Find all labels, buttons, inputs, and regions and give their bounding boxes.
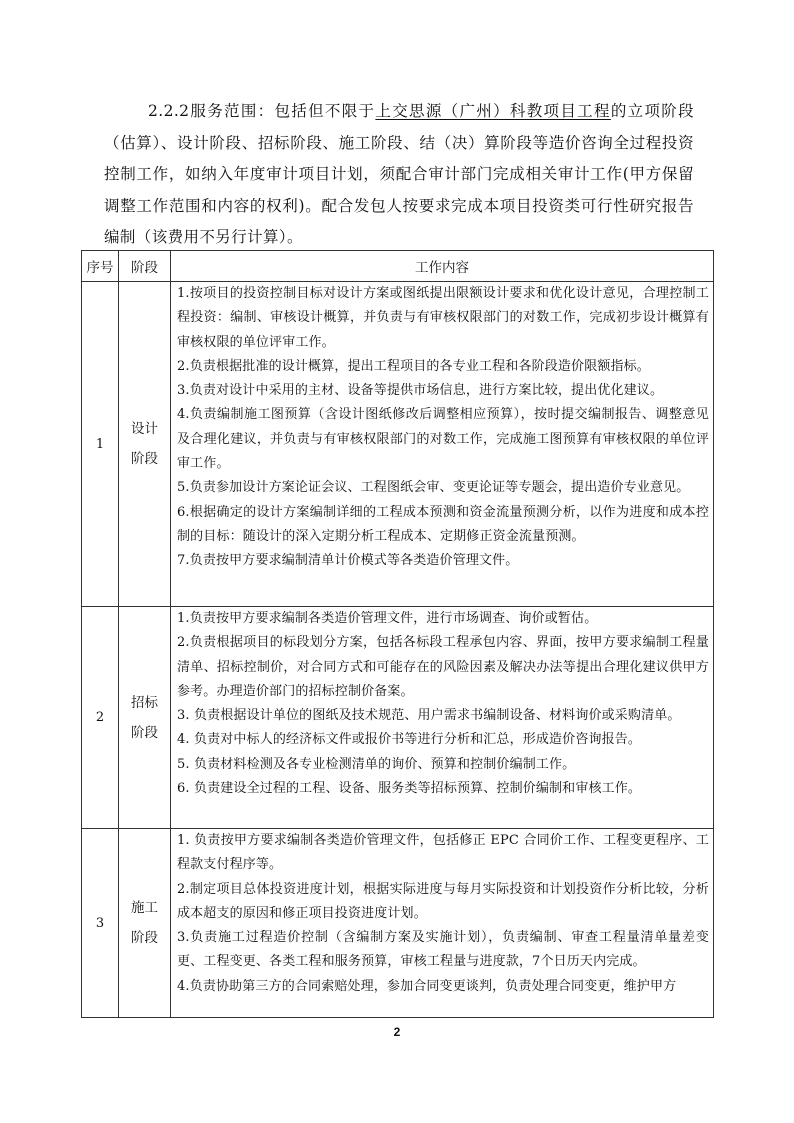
work-item: 1. 负责按甲方要求编制各类造价管理文件，包括修正 EPC 合同价工作、工程变更…: [177, 829, 709, 878]
work-item: 5. 负责材料检测及各专业检测清单的询价、预算和控制价编制工作。: [177, 753, 709, 777]
scope-text-after: 的立项阶段（估算）、设计阶段、招标阶段、施工阶段、结（决）算阶段等造价咨询全过程…: [104, 102, 694, 246]
stage-label-line: 设计: [119, 414, 170, 444]
row-work-content: 1. 负责按甲方要求编制各类造价管理文件，包括修正 EPC 合同价工作、工程变更…: [171, 829, 714, 1018]
section-number: 2.2.2: [148, 102, 189, 120]
table-row: 3施工阶段1. 负责按甲方要求编制各类造价管理文件，包括修正 EPC 合同价工作…: [82, 829, 714, 1018]
stage-label-line: 阶段: [119, 718, 170, 748]
header-content: 工作内容: [171, 251, 714, 282]
row-stage: 施工阶段: [119, 829, 171, 1018]
table-header-row: 序号 阶段 工作内容: [82, 251, 714, 282]
work-content-table: 序号 阶段 工作内容 1设计阶段1.按项目的投资控制目标对设计方案或图纸提出限额…: [81, 250, 714, 1018]
work-item: 5.负责参加设计方案论证会议、工程图纸会审、变更论证等专题会，提出造价专业意见。: [177, 476, 709, 500]
work-item: 3.负责对设计中采用的主材、设备等提供市场信息，进行方案比较，提出优化建议。: [177, 379, 709, 403]
row-index: 3: [82, 829, 119, 1018]
work-item: 3.负责施工过程造价控制（含编制方案及实施计划），负责编制、审查工程量清单量差变…: [177, 926, 709, 975]
work-item: 2.制定项目总体投资进度计划，根据实际进度与每月实际投资和计划投资作分析比较，分…: [177, 878, 709, 927]
work-item: 6. 负责建设全过程的工程、设备、服务类等招标预算、控制价编制和审核工作。: [177, 777, 709, 801]
header-stage: 阶段: [119, 251, 171, 282]
row-index: 2: [82, 607, 119, 829]
table-row: 2招标阶段1.负责按甲方要求编制各类造价管理文件，进行市场调查、询价或暂估。2.…: [82, 607, 714, 829]
row-stage: 招标阶段: [119, 607, 171, 829]
work-item: 3. 负责根据设计单位的图纸及技术规范、用户需求书编制设备、材料询价或采购清单。: [177, 704, 709, 728]
row-index: 1: [82, 282, 119, 607]
page-number: 2: [0, 1025, 794, 1039]
row-work-content: 1.负责按甲方要求编制各类造价管理文件，进行市场调查、询价或暂估。2.负责根据项…: [171, 607, 714, 829]
work-item: 2.负责根据批准的设计概算，提出工程项目的各专业工程和各阶段造价限额指标。: [177, 355, 709, 379]
work-item: 1.负责按甲方要求编制各类造价管理文件，进行市场调查、询价或暂估。: [177, 607, 709, 631]
work-item: 2.负责根据项目的标段划分方案，包括各标段工程承包内容、界面，按甲方要求编制工程…: [177, 631, 709, 704]
work-item: 7.负责按甲方要求编制清单计价模式等各类造价管理文件。: [177, 549, 709, 573]
stage-label-line: 招标: [119, 688, 170, 718]
work-item: 6.根据确定的设计方案编制详细的工程成本预测和资金流量预测分析，以作为进度和成本…: [177, 501, 709, 550]
work-item: 4.负责协助第三方的合同索赔处理，参加合同变更谈判，负责处理合同变更，维护甲方: [177, 975, 709, 999]
service-scope-paragraph: 2.2.2服务范围：包括但不限于上交思源（广州）科教项目工程的立项阶段（估算）、…: [104, 96, 694, 254]
row-stage: 设计阶段: [119, 282, 171, 607]
stage-label-line: 施工: [119, 893, 170, 923]
header-index: 序号: [82, 251, 119, 282]
scope-text-before: 服务范围：包括但不限于: [189, 102, 375, 120]
work-item: 4. 负责对中标人的经济标文件或报价书等进行分析和汇总，形成造价咨询报告。: [177, 728, 709, 752]
table-row: 1设计阶段1.按项目的投资控制目标对设计方案或图纸提出限额设计要求和优化设计意见…: [82, 282, 714, 607]
stage-label-line: 阶段: [119, 444, 170, 474]
project-name: 上交思源（广州）科教项目工程: [375, 102, 610, 120]
work-item: 4.负责编制施工图预算（含设计图纸修改后调整相应预算），按时提交编制报告、调整意…: [177, 403, 709, 476]
work-item: 1.按项目的投资控制目标对设计方案或图纸提出限额设计要求和优化设计意见，合理控制…: [177, 282, 709, 355]
row-work-content: 1.按项目的投资控制目标对设计方案或图纸提出限额设计要求和优化设计意见，合理控制…: [171, 282, 714, 607]
stage-label-line: 阶段: [119, 923, 170, 953]
